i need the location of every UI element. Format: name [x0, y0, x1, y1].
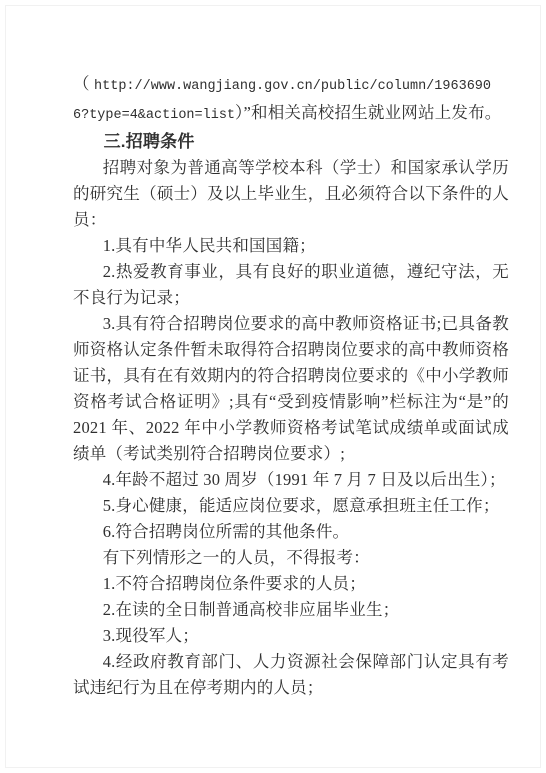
document-url-text: http://www.wangjiang.gov.cn/public/colum…: [94, 79, 491, 94]
document-text: （: [73, 74, 94, 93]
url-continuation-line-1: （ http://www.wangjiang.gov.cn/public/col…: [73, 71, 509, 100]
exclusion-item-4: 4.经政府教育部门、人力资源社会保障部门认定具有考试违纪行为且在停考期内的人员；: [73, 649, 509, 701]
section-heading: 三.招聘条件: [73, 129, 509, 155]
document-url-text: 6?type=4&action=list: [73, 108, 235, 123]
exclusion-item-3: 3.现役军人；: [73, 623, 509, 649]
condition-item-2: 2.热爱教育事业，具有良好的职业道德，遵纪守法，无不良行为记录；: [73, 259, 509, 311]
recruit-target-paragraph: 招聘对象为普通高等学校本科（学士）和国家承认学历的研究生（硕士）及以上毕业生，且…: [73, 155, 509, 233]
document-page: （ http://www.wangjiang.gov.cn/public/col…: [0, 0, 546, 773]
condition-item-1: 1.具有中华人民共和国国籍；: [73, 233, 509, 259]
condition-item-6: 6.符合招聘岗位所需的其他条件。: [73, 519, 509, 545]
exclusion-item-2: 2.在读的全日制普通高校非应届毕业生；: [73, 597, 509, 623]
condition-item-4: 4.年龄不超过 30 周岁（1991 年 7 月 7 日及以后出生）；: [73, 467, 509, 493]
condition-item-3: 3.具有符合招聘岗位要求的高中教师资格证书;已具备教师资格认定条件暂未取得符合招…: [73, 311, 509, 467]
document-text: ）”和相关高校招生就业网站上发布。: [235, 103, 501, 122]
condition-item-5: 5.身心健康，能适应岗位要求，愿意承担班主任工作；: [73, 493, 509, 519]
url-continuation-line-2: 6?type=4&action=list）”和相关高校招生就业网站上发布。: [73, 100, 509, 129]
exclusion-intro: 有下列情形之一的人员，不得报考：: [73, 545, 509, 571]
document-content: （ http://www.wangjiang.gov.cn/public/col…: [73, 71, 509, 701]
exclusion-item-1: 1.不符合招聘岗位条件要求的人员；: [73, 571, 509, 597]
